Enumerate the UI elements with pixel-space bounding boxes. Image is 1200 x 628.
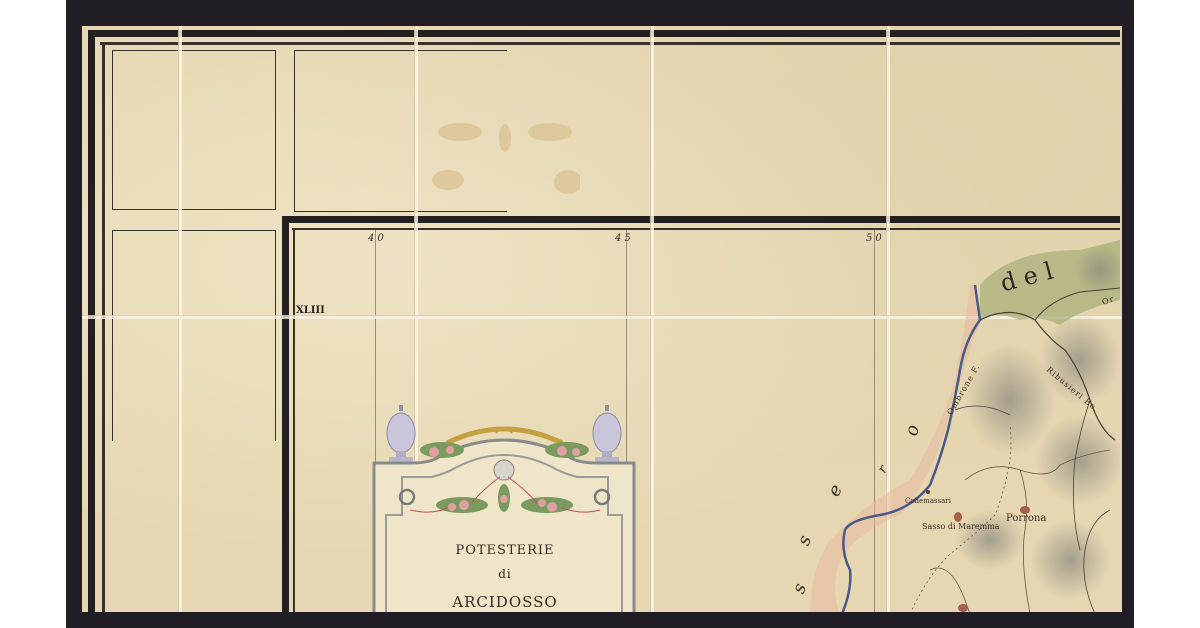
urn-left-icon	[387, 405, 415, 462]
terrain-area	[780, 230, 1120, 614]
fold-line-vertical	[178, 26, 182, 614]
outer-frame-left	[88, 30, 95, 614]
map-frame-left-inner	[293, 228, 295, 614]
outer-frame-left-inner	[102, 42, 105, 614]
panel-top-left	[112, 50, 276, 210]
map-frame-top	[282, 216, 1120, 223]
cartouche-line1: POTESTERIE	[372, 543, 638, 558]
panel-left-lower	[112, 230, 276, 441]
cartouche-line3: ARCIDOSSO	[372, 593, 638, 611]
settlement-sasso	[954, 512, 962, 522]
place-sasso-di-maremma: Sasso di Maremma	[922, 522, 1000, 531]
outer-frame-top-inner	[100, 42, 1120, 45]
place-collemassari: Collemassari	[905, 497, 951, 505]
fold-line-vertical	[650, 26, 654, 614]
settlement-collemassari	[926, 490, 930, 494]
grid-tick-45: 45	[615, 233, 634, 244]
outer-frame-top	[88, 30, 1120, 37]
cartouche: POTESTERIE di ARCIDOSSO	[372, 395, 638, 614]
faded-ornament	[430, 110, 580, 200]
place-porrona: Porrona	[1006, 513, 1046, 524]
scan-bottom-edge	[66, 612, 1134, 628]
mask-icon	[494, 460, 514, 480]
grid-tick-40: 40	[368, 233, 387, 244]
urn-right-icon	[593, 405, 621, 462]
cartouche-line2: di	[372, 567, 638, 581]
map-frame-left	[282, 216, 289, 614]
